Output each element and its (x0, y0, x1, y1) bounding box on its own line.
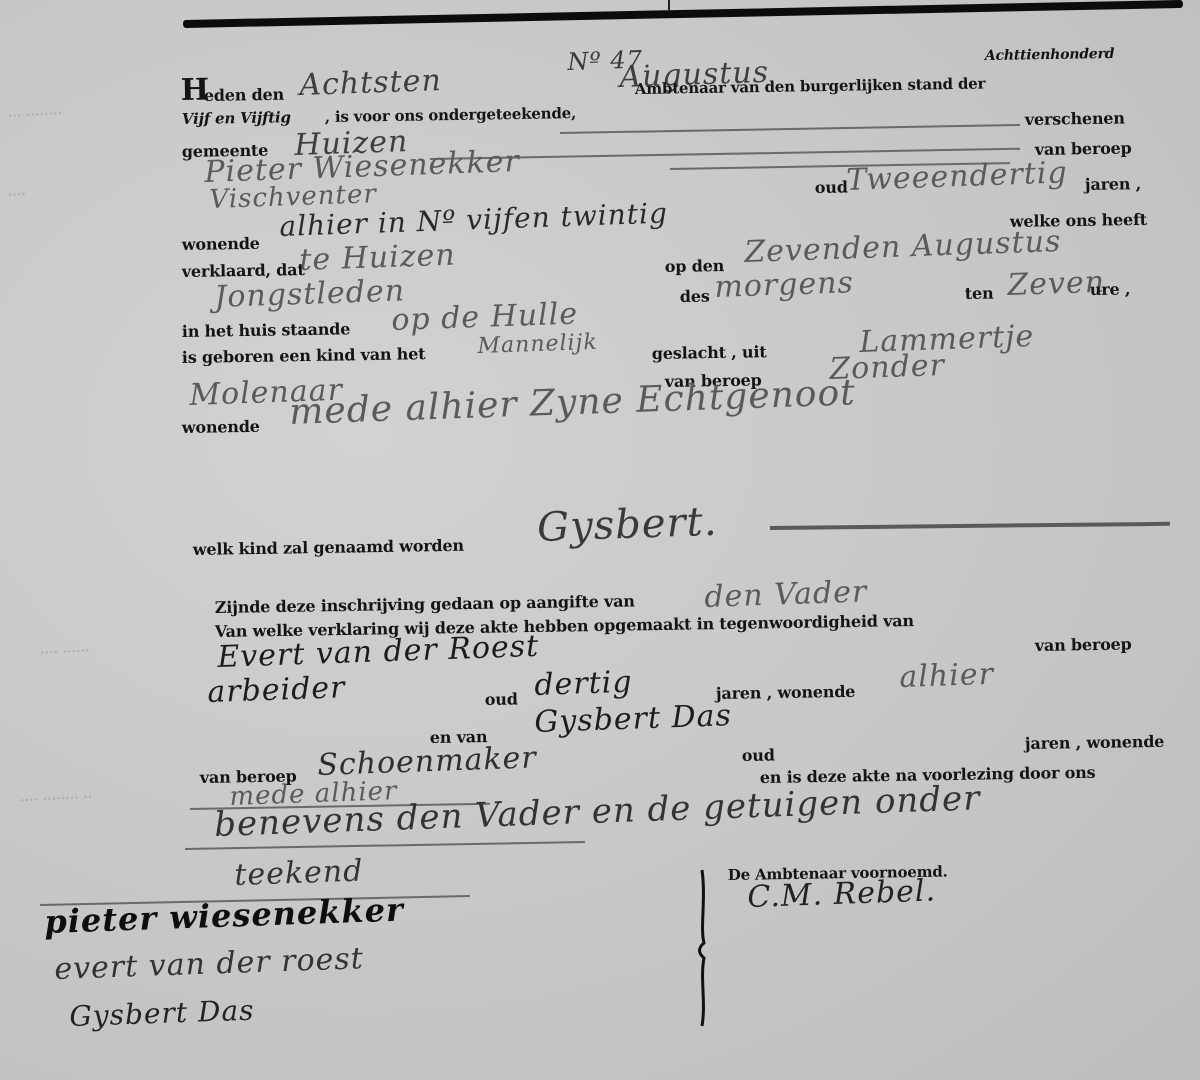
handwritten-declared-by: den Vader (704, 574, 868, 615)
printed-welk-kind: welk kind zal genaamd worden (193, 536, 464, 559)
signature-witness2: Gysbert Das (69, 994, 255, 1033)
signature-bracket (692, 868, 712, 1028)
printed-wonende-1: wonende (182, 234, 260, 254)
handwritten-time-of-day: morgens (714, 265, 855, 305)
signature-father: pieter wiesenekker (44, 890, 405, 941)
printed-jaren-wonende-2: jaren , wonende (1025, 732, 1165, 753)
printed-oud-2: oud (485, 689, 518, 709)
bleed-through-text: ··· ········ (8, 107, 63, 125)
printed-verschenen: verschenen (1025, 108, 1125, 129)
printed-oud-3: oud (742, 745, 775, 765)
handwritten-child-name: Gysbert. (536, 499, 718, 551)
printed-jaren-wonende-1: jaren , wonende (716, 682, 856, 703)
printed-is-geboren: is geboren een kind van het (182, 344, 426, 367)
bleed-through-text: ···· ······ (40, 644, 91, 662)
header-rule (183, 0, 1183, 28)
printed-ure: ure , (1090, 279, 1131, 299)
handwritten-witness2-name: Gysbert Das (534, 698, 733, 740)
signature-witness1: evert van der roest (54, 941, 365, 987)
printed-wonende-2: wonende (182, 417, 260, 437)
top-pen-stroke (668, 0, 670, 10)
printed-in-het-huis: in het huis staande (182, 319, 351, 341)
handwritten-sex: Mannelijk (477, 330, 598, 359)
bleed-through-text: ···· (8, 188, 27, 204)
printed-year-italic: Vijf en Vijftig (182, 108, 291, 128)
handwritten-witness2-occupation: Schoenmaker (317, 740, 538, 783)
printed-ten: ten (965, 284, 994, 303)
printed-van-beroep-3: van beroep (1035, 634, 1132, 655)
printed-geslacht-uit: geslacht , uit (652, 342, 767, 363)
handwritten-declarant-age: Tweeendertig (846, 155, 1068, 198)
handwritten-mother-residence: mede alhier Zyne Echtgenoot (289, 372, 857, 433)
printed-heden-den: eden den (204, 85, 284, 105)
printed-year-prefix: Achttienhonderd (985, 46, 1115, 64)
handwritten-birth-date: Zevenden Augustus (744, 224, 1062, 270)
printed-jaren-1: jaren , (1085, 174, 1141, 194)
fill-line (560, 124, 1020, 134)
handwritten-witness1-residence: alhier (899, 657, 995, 695)
handwritten-witness1-occupation: arbeider (207, 670, 346, 710)
handwritten-jongstleden: Jongstleden (214, 273, 406, 315)
scanned-document-page: ··· ········ ···· ···· ······ ···· ·····… (0, 0, 1200, 1080)
printed-des: des (680, 287, 710, 306)
printed-is-voor-ons: , is voor ons ondergeteekende, (325, 104, 576, 126)
printed-zijnde: Zijnde deze inschrijving gedaan op aangi… (215, 591, 635, 617)
handwritten-witness1-age: dertig (534, 665, 633, 703)
handwritten-birth-place: te Huizen (299, 238, 456, 278)
handwritten-day: Achtsten (299, 63, 443, 103)
fill-line (770, 522, 1170, 530)
handwritten-closing-2: teekend (234, 854, 364, 893)
official-signature: C.M. Rebel. (747, 873, 937, 915)
printed-oud-1: oud (815, 177, 848, 197)
bleed-through-text: ···· ········ ·· (20, 790, 93, 809)
